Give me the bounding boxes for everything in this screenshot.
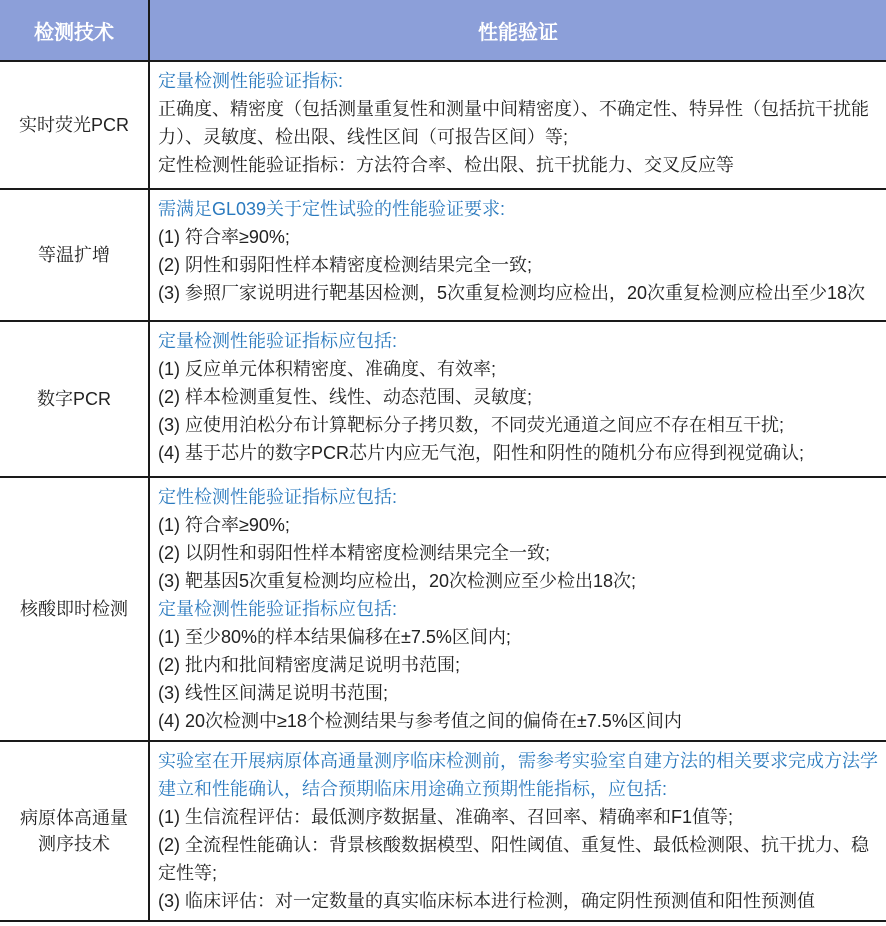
verification-content: 实验室在开展病原体高通量测序临床检测前，需参考实验室自建方法的相关要求完成方法学…	[150, 742, 886, 920]
table-header-row: 检测技术 性能验证	[0, 0, 886, 62]
verification-text: (3) 临床评估：对一定数量的真实临床标本进行检测，确定阴性预测值和阳性预测值	[158, 887, 884, 915]
verification-text: (3) 靶基因5次重复检测均应检出，20次检测应至少检出18次;	[158, 567, 884, 595]
header-cell-detection-technology: 检测技术	[0, 0, 150, 60]
verification-text: (3) 参照厂家说明进行靶基因检测，5次重复检测均应检出，20次重复检测应检出至…	[158, 279, 884, 307]
verification-heading: 定性检测性能验证指标应包括:	[158, 483, 884, 511]
verification-text: (2) 阴性和弱阳性样本精密度检测结果完全一致;	[158, 251, 884, 279]
table-row: 核酸即时检测 定性检测性能验证指标应包括:(1) 符合率≥90%;(2) 以阴性…	[0, 478, 886, 742]
verification-heading: 需满足GL039关于定性试验的性能验证要求:	[158, 195, 884, 223]
table-row: 数字PCR 定量检测性能验证指标应包括:(1) 反应单元体积精密度、准确度、有效…	[0, 322, 886, 478]
verification-heading: 定量检测性能验证指标应包括:	[158, 595, 884, 623]
verification-text: (2) 样本检测重复性、线性、动态范围、灵敏度;	[158, 383, 884, 411]
verification-text: (3) 应使用泊松分布计算靶标分子拷贝数，不同荧光通道之间应不存在相互干扰;	[158, 411, 884, 439]
verification-text: (1) 符合率≥90%;	[158, 223, 884, 251]
verification-text: (2) 全流程性能确认：背景核酸数据模型、阳性阈值、重复性、最低检测限、抗干扰力…	[158, 831, 884, 887]
header-cell-performance-verification: 性能验证	[150, 0, 886, 60]
verification-content: 需满足GL039关于定性试验的性能验证要求:(1) 符合率≥90%;(2) 阴性…	[150, 190, 886, 320]
verification-heading: 定量检测性能验证指标应包括:	[158, 327, 884, 355]
verification-content: 定性检测性能验证指标应包括:(1) 符合率≥90%;(2) 以阴性和弱阳性样本精…	[150, 478, 886, 740]
table-rows: 实时荧光PCR 定量检测性能验证指标:正确度、精密度（包括测量重复性和测量中间精…	[0, 62, 886, 922]
tech-name: 实时荧光PCR	[0, 62, 150, 188]
page: 检测技术 性能验证 实时荧光PCR 定量检测性能验证指标:正确度、精密度（包括测…	[0, 0, 886, 926]
verification-text: (2) 以阴性和弱阳性样本精密度检测结果完全一致;	[158, 539, 884, 567]
verification-text: (4) 20次检测中≥18个检测结果与参考值之间的偏倚在±7.5%区间内	[158, 707, 884, 735]
verification-heading: 定量检测性能验证指标:	[158, 67, 884, 95]
tech-name: 核酸即时检测	[0, 478, 150, 740]
verification-text: (1) 反应单元体积精密度、准确度、有效率;	[158, 355, 884, 383]
performance-verification-table: 检测技术 性能验证 实时荧光PCR 定量检测性能验证指标:正确度、精密度（包括测…	[0, 0, 886, 922]
verification-content: 定量检测性能验证指标:正确度、精密度（包括测量重复性和测量中间精密度）、不确定性…	[150, 62, 886, 188]
tech-name: 等温扩增	[0, 190, 150, 320]
verification-text: (1) 符合率≥90%;	[158, 511, 884, 539]
verification-text: (2) 批内和批间精密度满足说明书范围;	[158, 651, 884, 679]
verification-text: (3) 线性区间满足说明书范围;	[158, 679, 884, 707]
verification-text: (1) 生信流程评估：最低测序数据量、准确率、召回率、精确率和F1值等;	[158, 803, 884, 831]
verification-text: (4) 基于芯片的数字PCR芯片内应无气泡，阳性和阴性的随机分布应得到视觉确认;	[158, 439, 884, 467]
table-row: 等温扩增 需满足GL039关于定性试验的性能验证要求:(1) 符合率≥90%;(…	[0, 190, 886, 322]
verification-text: 正确度、精密度（包括测量重复性和测量中间精密度）、不确定性、特异性（包括抗干扰能…	[158, 95, 884, 151]
verification-content: 定量检测性能验证指标应包括:(1) 反应单元体积精密度、准确度、有效率;(2) …	[150, 322, 886, 476]
verification-text: (1) 至少80%的样本结果偏移在±7.5%区间内;	[158, 623, 884, 651]
table-row: 病原体高通量 测序技术 实验室在开展病原体高通量测序临床检测前，需参考实验室自建…	[0, 742, 886, 922]
verification-heading: 实验室在开展病原体高通量测序临床检测前，需参考实验室自建方法的相关要求完成方法学…	[158, 747, 884, 803]
tech-name: 病原体高通量 测序技术	[0, 742, 150, 920]
tech-name: 数字PCR	[0, 322, 150, 476]
table-row: 实时荧光PCR 定量检测性能验证指标:正确度、精密度（包括测量重复性和测量中间精…	[0, 62, 886, 190]
verification-text: 定性检测性能验证指标：方法符合率、检出限、抗干扰能力、交叉反应等	[158, 151, 884, 179]
